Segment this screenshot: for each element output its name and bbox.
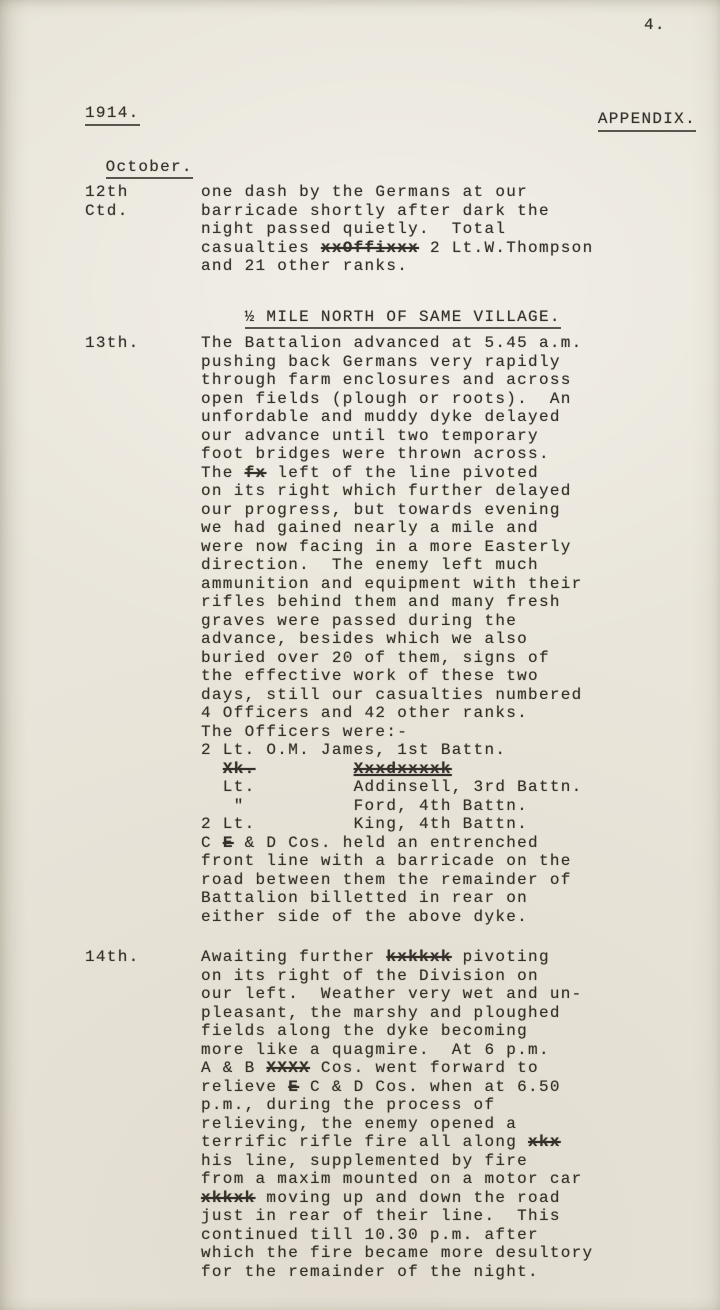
typed-text: our advance until two temporary (201, 427, 539, 445)
typed-line: we had gained nearly a mile and (201, 519, 583, 538)
typed-text: more like a quagmire. At 6 p.m. (201, 1041, 550, 1059)
typed-line: relieving, the enemy opened a (201, 1115, 593, 1134)
entry-body: one dash by the Germans at ourbarricade … (201, 183, 593, 276)
typed-text: the effective work of these two (201, 667, 539, 685)
typed-line: night passed quietly. Total (201, 220, 593, 239)
typed-line: terrific rifle fire all along xkx (201, 1133, 593, 1152)
typed-text: ammunition and equipment with their (201, 575, 583, 593)
typed-text: graves were passed during the (201, 612, 517, 630)
typed-line: unfordable and muddy dyke delayed (201, 408, 583, 427)
typed-text: The Battalion advanced at 5.45 a.m. (201, 334, 583, 352)
typed-line: Awaiting further kxkkxk pivoting (201, 948, 593, 967)
typed-line: from a maxim mounted on a motor car (201, 1170, 593, 1189)
typed-text: buried over 20 of them, signs of (201, 649, 550, 667)
typed-line: for the remainder of the night. (201, 1263, 593, 1282)
entry-date-label: 14th. (85, 948, 140, 967)
typed-line: barricade shortly after dark the (201, 202, 593, 221)
typed-line: Lt. Addinsell, 3rd Battn. (201, 778, 583, 797)
typed-text: The (201, 464, 245, 482)
typed-line: days, still our casualties numbered (201, 686, 583, 705)
typed-text: our left. Weather very wet and un- (201, 985, 583, 1003)
typed-text: our progress, but towards evening (201, 501, 561, 519)
typed-line: advance, besides which we also (201, 630, 583, 649)
typed-line: direction. The enemy left much (201, 556, 583, 575)
typed-line: our progress, but towards evening (201, 501, 583, 520)
typed-text: " Ford, 4th Battn. (201, 797, 528, 815)
typed-line: Ctd. (85, 202, 129, 221)
typed-line: " Ford, 4th Battn. (201, 797, 583, 816)
header-row: 1914. APPENDIX. (85, 104, 696, 126)
typed-line: buried over 20 of them, signs of (201, 649, 583, 668)
entry-date-label: 12thCtd. (85, 183, 129, 220)
typed-line: 2 Lt. King, 4th Battn. (201, 815, 583, 834)
typed-line: 13th. (85, 334, 140, 353)
typed-line: xkkxk moving up and down the road (201, 1189, 593, 1208)
typed-text: pleasant, the marshy and ploughed (201, 1004, 561, 1022)
entry-date-label: 13th. (85, 334, 140, 353)
typed-line: 2 Lt. O.M. James, 1st Battn. (201, 741, 583, 760)
typed-text: casualties (201, 239, 321, 257)
typed-text: continued till 10.30 p.m. after (201, 1226, 539, 1244)
page-number: 4. (644, 16, 666, 35)
typed-text: from a maxim mounted on a motor car (201, 1170, 583, 1188)
struck-text: Xk. (223, 760, 256, 778)
typed-text: unfordable and muddy dyke delayed (201, 408, 561, 426)
typed-line: rifles behind them and many fresh (201, 593, 583, 612)
typed-line: A & B XXXX Cos. went forward to (201, 1059, 593, 1078)
typed-text (256, 760, 354, 778)
typed-line: road between them the remainder of (201, 871, 583, 890)
typed-line: just in rear of their line. This (201, 1207, 593, 1226)
typed-line: The fx left of the line pivoted (201, 464, 583, 483)
typed-line: pleasant, the marshy and ploughed (201, 1004, 593, 1023)
typed-text: we had gained nearly a mile and (201, 519, 539, 537)
typed-line: through farm enclosures and across (201, 371, 583, 390)
typed-line: on its right which further delayed (201, 482, 583, 501)
typed-line: continued till 10.30 p.m. after (201, 1226, 593, 1245)
typed-text: on its right of the Division on (201, 967, 539, 985)
typed-line: the effective work of these two (201, 667, 583, 686)
typed-text: for the remainder of the night. (201, 1263, 539, 1281)
typed-text: A & B (201, 1059, 266, 1077)
typed-text: 12th (85, 183, 129, 201)
typed-line: his line, supplemented by fire (201, 1152, 593, 1171)
month-text: October. (106, 158, 193, 179)
typed-text: terrific rifle fire all along (201, 1133, 528, 1151)
typed-line: which the fire became more desultory (201, 1244, 593, 1263)
typed-line: Xk. Xxxdxxxxk (201, 760, 583, 779)
typed-line: foot bridges were thrown across. (201, 445, 583, 464)
typed-line: 14th. (85, 948, 140, 967)
typed-text: rifles behind them and many fresh (201, 593, 561, 611)
typed-text: 2 Lt. King, 4th Battn. (201, 815, 528, 833)
typed-text: open fields (plough or roots). An (201, 390, 572, 408)
typed-line: 4 Officers and 42 other ranks. (201, 704, 583, 723)
typed-text: 2 Lt. O.M. James, 1st Battn. (201, 741, 506, 759)
typed-line: The Battalion advanced at 5.45 a.m. (201, 334, 583, 353)
struck-text: Xxxdxxxxk (354, 760, 452, 778)
struck-text: XXXX (266, 1059, 310, 1077)
typed-text: through farm enclosures and across (201, 371, 572, 389)
typed-line: either side of the above dyke. (201, 908, 583, 927)
typed-line: were now facing in a more Easterly (201, 538, 583, 557)
typed-text: days, still our casualties numbered (201, 686, 583, 704)
entry-12th: 12thCtd. one dash by the Germans at ourb… (0, 183, 720, 257)
typed-text: C & D Cos. when at 6.50 (299, 1078, 561, 1096)
appendix-label: APPENDIX. (598, 110, 696, 132)
year-label: 1914. (85, 104, 140, 126)
typed-text: advance, besides which we also (201, 630, 528, 648)
typed-line: The Officers were:- (201, 723, 583, 742)
typed-line: p.m., during the process of (201, 1096, 593, 1115)
typed-text: either side of the above dyke. (201, 908, 528, 926)
typed-line: on its right of the Division on (201, 967, 593, 986)
struck-text: E (288, 1078, 299, 1096)
typed-text: Lt. Addinsell, 3rd Battn. (201, 778, 583, 796)
typed-text: on its right which further delayed (201, 482, 572, 500)
typed-line: our advance until two temporary (201, 427, 583, 446)
typed-text: The Officers were:- (201, 723, 408, 741)
struck-text: E (223, 834, 234, 852)
typed-text: relieving, the enemy opened a (201, 1115, 517, 1133)
struck-text: fx (245, 464, 267, 482)
entry-body: The Battalion advanced at 5.45 a.m.pushi… (201, 334, 583, 926)
typed-text: pivoting (452, 948, 550, 966)
typed-line: relieve E C & D Cos. when at 6.50 (201, 1078, 593, 1097)
typed-text: 13th. (85, 334, 140, 352)
struck-text: xkx (528, 1133, 561, 1151)
document-page: 4. 1914. APPENDIX. October. 12thCtd. one… (0, 0, 720, 1310)
typed-text: relieve (201, 1078, 288, 1096)
typed-line: front line with a barricade on the (201, 852, 583, 871)
typed-text: foot bridges were thrown across. (201, 445, 550, 463)
typed-text: left of the line pivoted (266, 464, 539, 482)
typed-text: road between them the remainder of (201, 871, 572, 889)
typed-text: pushing back Germans very rapidly (201, 353, 561, 371)
section-heading-text: ½ MILE NORTH OF SAME VILLAGE. (245, 308, 561, 329)
typed-text: and 21 other ranks. (201, 257, 408, 275)
typed-text: just in rear of their line. This (201, 1207, 561, 1225)
typed-line: ammunition and equipment with their (201, 575, 583, 594)
typed-text: 14th. (85, 948, 140, 966)
typed-text: Cos. went forward to (310, 1059, 539, 1077)
typed-line: and 21 other ranks. (201, 257, 593, 276)
entry-body: Awaiting further kxkkxk pivotingon its r… (201, 948, 593, 1281)
struck-text: kxkkxk (386, 948, 451, 966)
typed-line: our left. Weather very wet and un- (201, 985, 593, 1004)
typed-text: which the fire became more desultory (201, 1244, 593, 1262)
typed-text: one dash by the Germans at our (201, 183, 528, 201)
typed-line: C E & D Cos. held an entrenched (201, 834, 583, 853)
typed-line: fields along the dyke becoming (201, 1022, 593, 1041)
typed-text: 4 Officers and 42 other ranks. (201, 704, 528, 722)
typed-text (201, 760, 223, 778)
typed-line: one dash by the Germans at our (201, 183, 593, 202)
typed-text: barricade shortly after dark the (201, 202, 550, 220)
typed-line: Battalion billetted in rear on (201, 889, 583, 908)
typed-line: more like a quagmire. At 6 p.m. (201, 1041, 593, 1060)
struck-text: xxOffixxx (321, 239, 419, 257)
typed-line: casualties xxOffixxx 2 Lt.W.Thompson (201, 239, 593, 258)
typed-text: C (201, 834, 223, 852)
typed-line: open fields (plough or roots). An (201, 390, 583, 409)
entry-14th: 14th. Awaiting further kxkkxk pivotingon… (0, 948, 720, 1022)
entry-13th: 13th. The Battalion advanced at 5.45 a.m… (0, 334, 720, 408)
typed-text: fields along the dyke becoming (201, 1022, 528, 1040)
typed-text: p.m., during the process of (201, 1096, 495, 1114)
typed-text: 2 Lt.W.Thompson (419, 239, 593, 257)
typed-text: were now facing in a more Easterly (201, 538, 572, 556)
typed-text: Ctd. (85, 202, 129, 220)
typed-text: his line, supplemented by fire (201, 1152, 528, 1170)
typed-text: front line with a barricade on the (201, 852, 572, 870)
typed-text: direction. The enemy left much (201, 556, 539, 574)
struck-text: xkkxk (201, 1189, 256, 1207)
typed-line: 12th (85, 183, 129, 202)
typed-line: graves were passed during the (201, 612, 583, 631)
typed-text: Battalion billetted in rear on (201, 889, 528, 907)
typed-text: moving up and down the road (256, 1189, 561, 1207)
typed-text: Awaiting further (201, 948, 386, 966)
typed-line: pushing back Germans very rapidly (201, 353, 583, 372)
typed-text: night passed quietly. Total (201, 220, 506, 238)
typed-text: & D Cos. held an entrenched (234, 834, 539, 852)
